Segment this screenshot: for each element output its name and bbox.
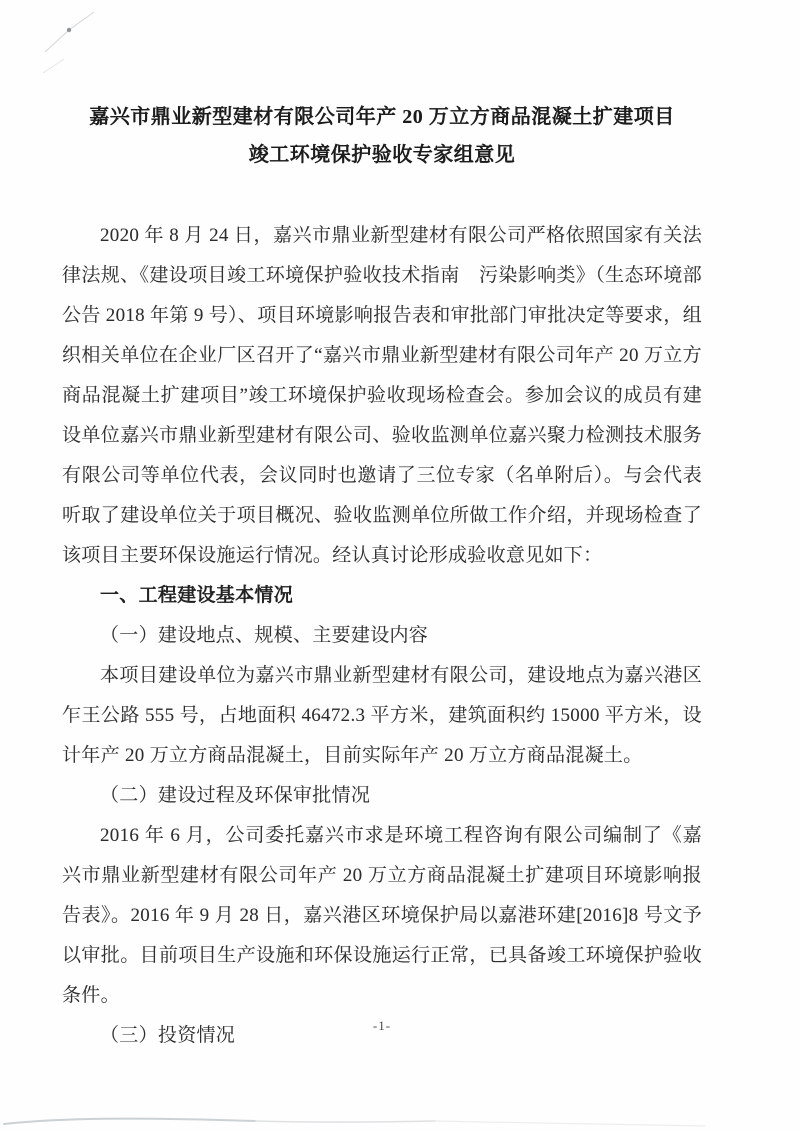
section-1-heading: 一、工程建设基本情况 <box>62 576 702 616</box>
document-title-line-1: 嘉兴市鼎业新型建材有限公司年产 20 万立方商品混凝土扩建项目 <box>62 98 702 136</box>
document-title-line-2: 竣工环境保护验收专家组意见 <box>62 136 702 174</box>
subsection-1-1-paragraph: 本项目建设单位为嘉兴市鼎业新型建材有限公司，建设地点为嘉兴港区乍王公路 555 … <box>62 656 702 776</box>
page-number: -1- <box>62 1016 702 1036</box>
scanner-edge-line-bottom <box>4 1119 705 1126</box>
subsection-1-2-heading: （二）建设过程及环保审批情况 <box>62 776 702 816</box>
scratch-mark-top-left <box>43 12 94 73</box>
document-body: 2020 年 8 月 24 日，嘉兴市鼎业新型建材有限公司严格依照国家有关法律法… <box>62 216 702 1056</box>
scanned-document-page: 嘉兴市鼎业新型建材有限公司年产 20 万立方商品混凝土扩建项目 竣工环境保护验收… <box>0 0 800 1131</box>
subsection-1-1-heading: （一）建设地点、规模、主要建设内容 <box>62 616 702 656</box>
document-title: 嘉兴市鼎业新型建材有限公司年产 20 万立方商品混凝土扩建项目 竣工环境保护验收… <box>62 98 702 174</box>
subsection-1-2-paragraph: 2016 年 6 月，公司委托嘉兴市求是环境工程咨询有限公司编制了《嘉兴市鼎业新… <box>62 816 702 1016</box>
intro-paragraph: 2020 年 8 月 24 日，嘉兴市鼎业新型建材有限公司严格依照国家有关法律法… <box>62 216 702 576</box>
